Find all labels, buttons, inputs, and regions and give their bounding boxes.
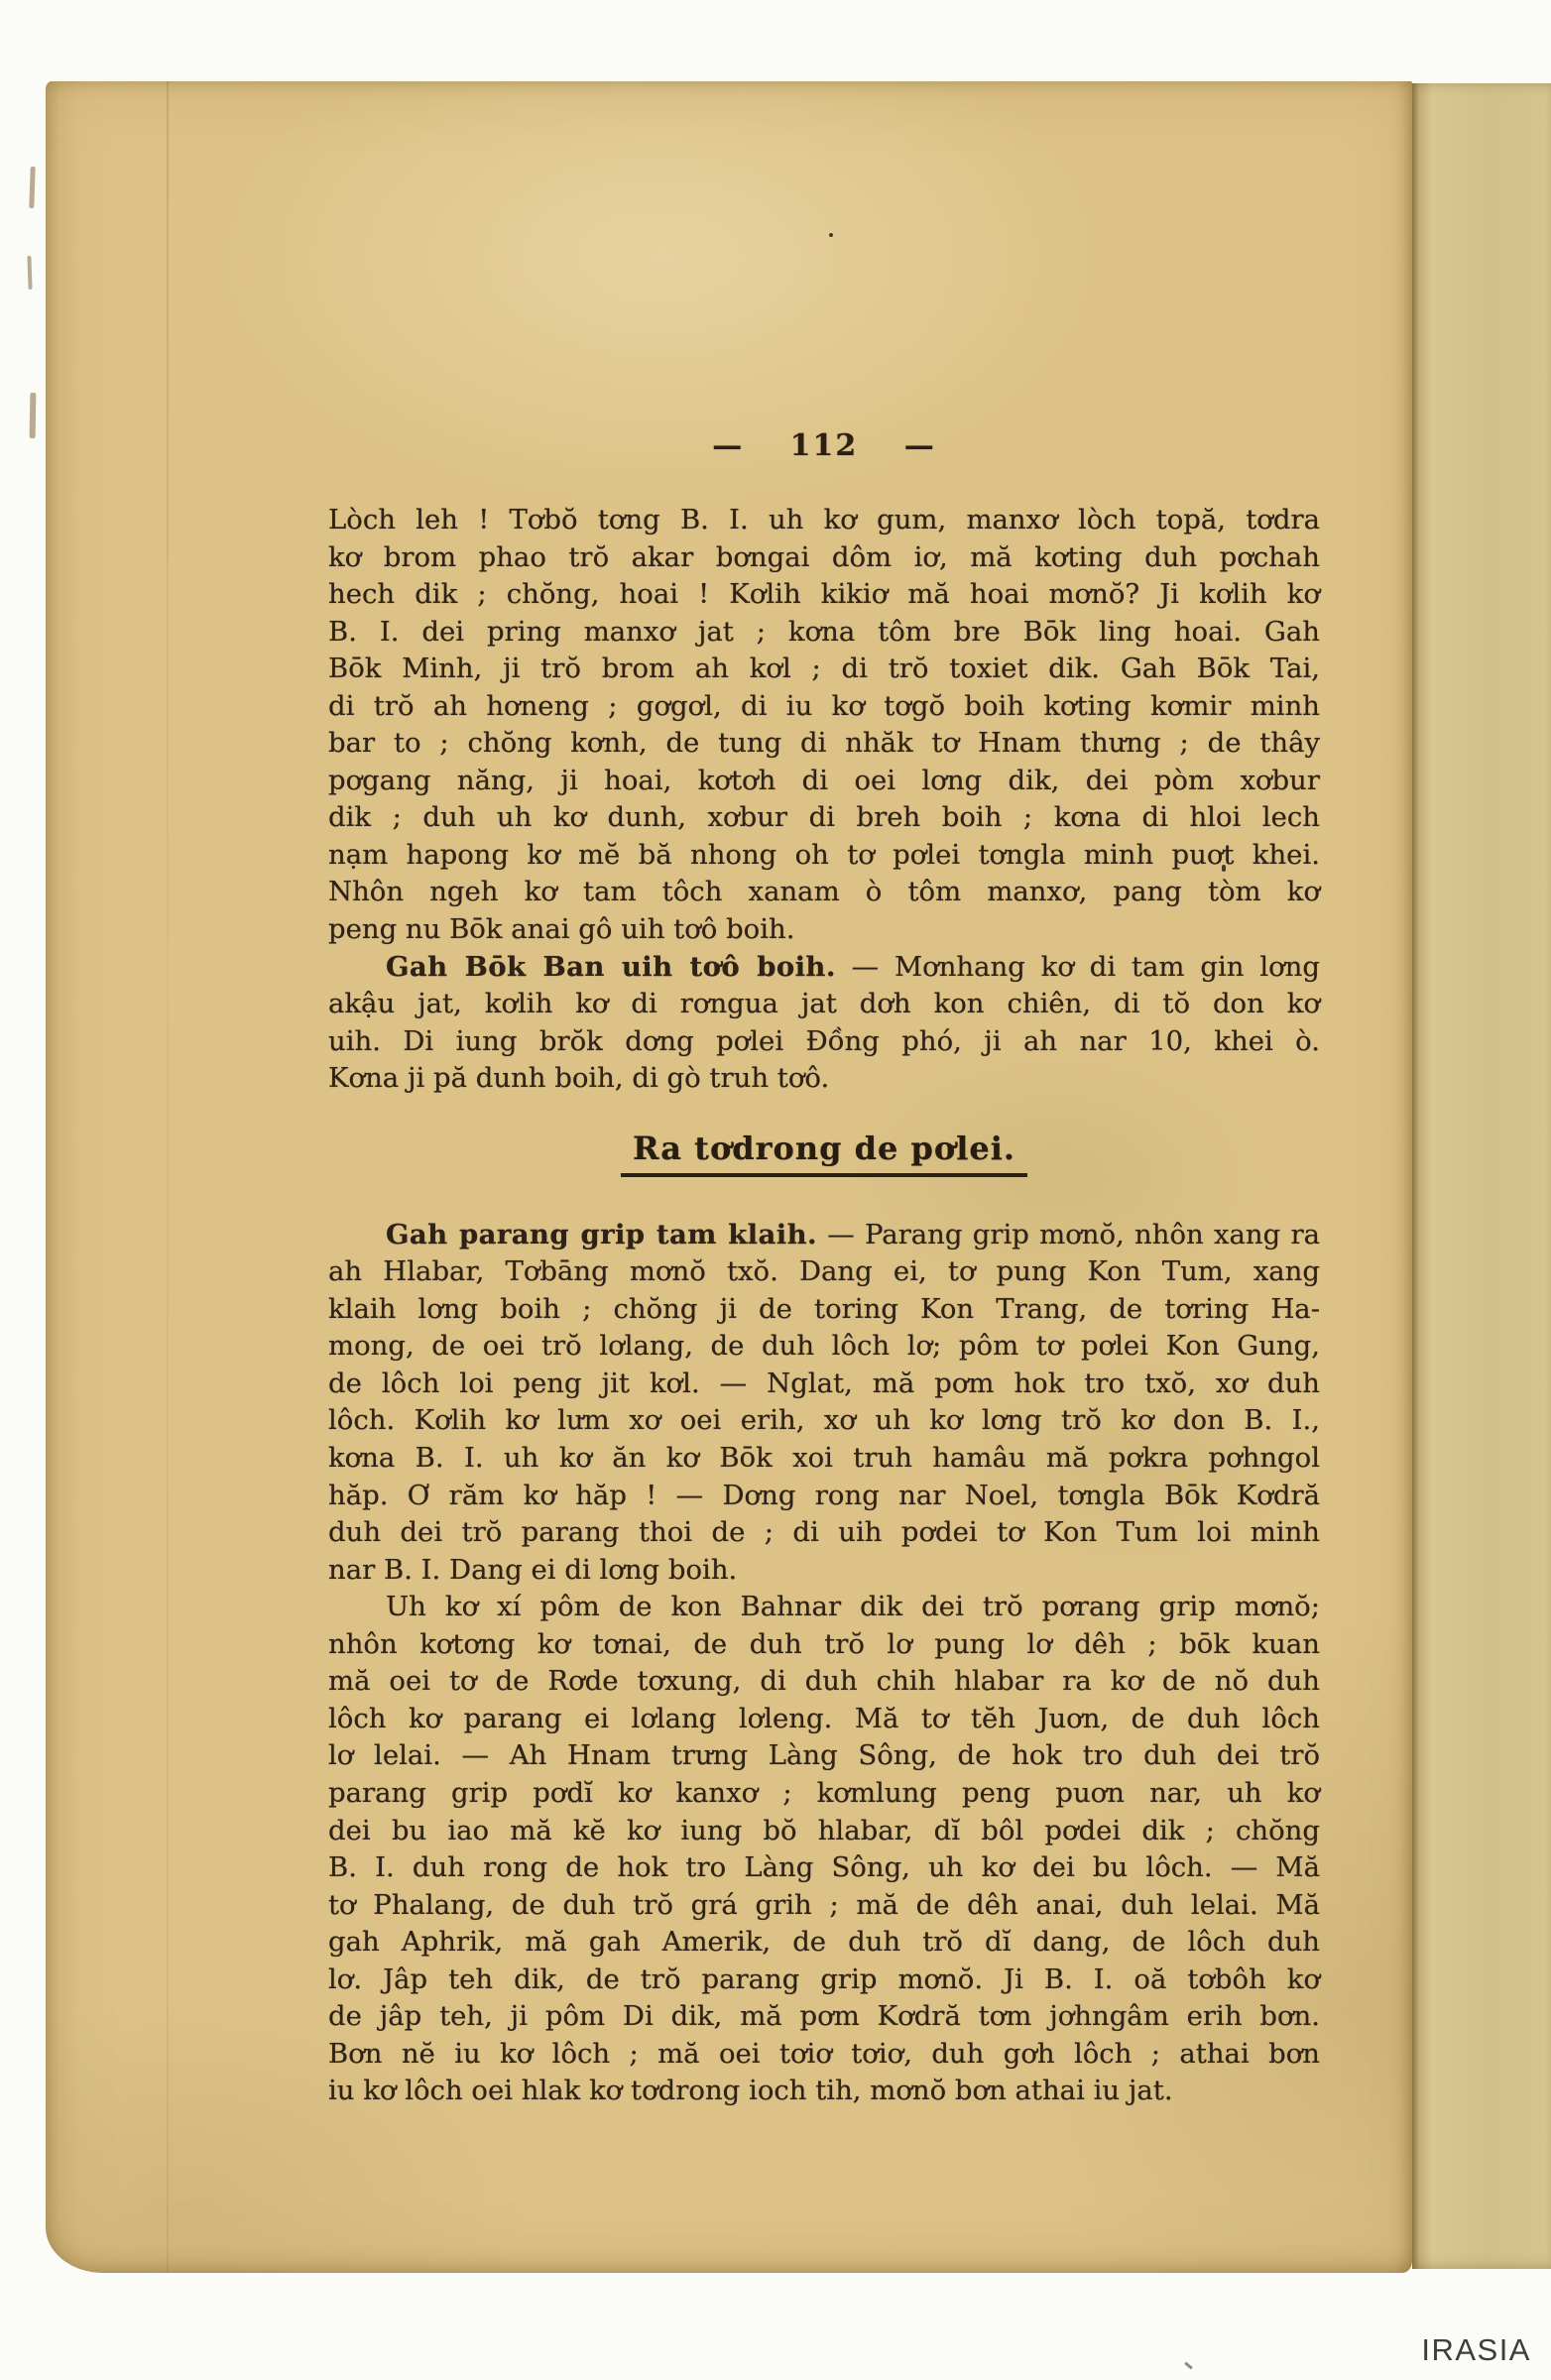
text-line: iu kơ lôch oei hlak kơ tơdrong ioch tih,… bbox=[328, 2073, 1320, 2110]
text-line: Bōk Minh, ji trŏ brom ah kơl ; di trŏ to… bbox=[328, 651, 1320, 688]
text-line: Lòch leh ! Tơbŏ tơng B. I. uh kơ gum, ma… bbox=[328, 502, 1320, 539]
text-line: dik ; duh uh kơ dunh, xơbur di breh boih… bbox=[328, 799, 1320, 837]
text-line-content: — Parang grip mơnŏ, nhôn xang ra bbox=[817, 1219, 1320, 1250]
text-line-content: pơgang năng, ji hoai, kơtơh di oei lơng … bbox=[328, 765, 1320, 796]
body-text: Lòch leh ! Tơbŏ tơng B. I. uh kơ gum, ma… bbox=[328, 502, 1320, 2110]
text-line: Kơna ji pă dunh boih, di gò truh tơô. bbox=[328, 1060, 1320, 1098]
text-line: hăp. Ơ răm kơ hăp ! — Dơng rong nar Noel… bbox=[328, 1478, 1320, 1515]
paper-speck bbox=[829, 233, 833, 237]
text-line-content: mong, de oei trŏ lơlang, de duh lôch lơ;… bbox=[328, 1330, 1320, 1362]
text-line: de lôch loi peng jit kơl. — Nglat, mă pơ… bbox=[328, 1366, 1320, 1403]
text-line: peng nu Bōk anai gô uih tơô boih. bbox=[328, 911, 1320, 949]
page-number-text: — 112 — bbox=[712, 428, 936, 463]
text-line-content: B. I. duh rong de hok tro Làng Sông, uh … bbox=[328, 1851, 1320, 1883]
text-line-content: parang grip pơdĭ kơ kanxơ ; kơmlung peng… bbox=[328, 1777, 1320, 1809]
text-line: nạm hapong kơ mĕ bă nhong oh tơ pơlei tơ… bbox=[328, 837, 1320, 875]
text-line: Nhôn ngeh kơ tam tôch xanam ò tôm manxơ,… bbox=[328, 874, 1320, 911]
text-line: de jâp teh, ji pôm Di dik, mă pơm Kơdră … bbox=[328, 1998, 1320, 2036]
text-line-content: nar B. I. Dang ei di lơng boih. bbox=[328, 1554, 737, 1586]
text-line-content: lôch kơ parang ei lơlang lơleng. Mă tơ t… bbox=[328, 1703, 1320, 1734]
paragraph-lead: Gah parang grip tam klaih. bbox=[386, 1219, 817, 1250]
text-line: kơ brom phao trŏ akar bơngai dôm iơ, mă … bbox=[328, 539, 1320, 577]
text-line: uih. Di iung brŏk dơng pơlei Đồng phó, j… bbox=[328, 1023, 1320, 1061]
text-line-content: — Mơnhang kơ di tam gin lơng bbox=[836, 951, 1320, 983]
text-line-content: akậu jat, kơlih kơ di rơngua jat dơh kon… bbox=[328, 988, 1320, 1019]
text-line: klaih lơng boih ; chŏng ji de toring Kon… bbox=[328, 1291, 1320, 1329]
text-line-content: nạm hapong kơ mĕ bă nhong oh tơ pơlei tơ… bbox=[328, 839, 1320, 871]
text-line-content: lơ lelai. — Ah Hnam trưng Làng Sông, de … bbox=[328, 1739, 1320, 1771]
text-line-content: Lòch leh ! Tơbŏ tơng B. I. uh kơ gum, ma… bbox=[328, 504, 1320, 535]
text-line: gah Aphrik, mă gah Amerik, de duh trŏ dĭ… bbox=[328, 1924, 1320, 1962]
text-line: mă oei tơ de Rơde tơxung, di duh chih hl… bbox=[328, 1663, 1320, 1701]
text-line: kơna B. I. uh kơ ăn kơ Bōk xoi truh hamâ… bbox=[328, 1440, 1320, 1478]
text-line-content: tơ Phalang, de duh trŏ grá grih ; mă de … bbox=[328, 1889, 1320, 1921]
text-line: lôch kơ parang ei lơlang lơleng. Mă tơ t… bbox=[328, 1701, 1320, 1738]
text-line-content: lôch. Kơlih kơ lưm xơ oei erih, xơ uh kơ… bbox=[328, 1404, 1320, 1436]
text-line: Gah Bōk Ban uih tơô boih. — Mơnhang kơ d… bbox=[328, 949, 1320, 987]
text-line-content: kơna B. I. uh kơ ăn kơ Bōk xoi truh hamâ… bbox=[328, 1442, 1320, 1474]
text-line-content: de lôch loi peng jit kơl. — Nglat, mă pơ… bbox=[328, 1368, 1320, 1399]
text-line: pơgang năng, ji hoai, kơtơh di oei lơng … bbox=[328, 763, 1320, 800]
section-heading-text: Ra tơdrong de pơlei. bbox=[621, 1128, 1027, 1177]
text-line-content: peng nu Bōk anai gô uih tơô boih. bbox=[328, 913, 794, 945]
torn-edge-mark bbox=[27, 256, 32, 290]
text-line-content: Uh kơ xí pôm de kon Bahnar dik dei trŏ p… bbox=[386, 1591, 1320, 1622]
text-line-content: di trŏ ah hơneng ; gơgơl, di iu kơ tơgŏ … bbox=[328, 690, 1320, 722]
text-line: Gah parang grip tam klaih. — Parang grip… bbox=[328, 1217, 1320, 1254]
text-line-content: dei bu iao mă kĕ kơ iung bŏ hlabar, dĭ b… bbox=[328, 1815, 1320, 1846]
text-line-content: Bōk Minh, ji trŏ brom ah kơl ; di trŏ to… bbox=[328, 653, 1320, 684]
text-line: Bơn nĕ iu kơ lôch ; mă oei tơiơ tơiơ, du… bbox=[328, 2036, 1320, 2074]
text-line-content: hăp. Ơ răm kơ hăp ! — Dơng rong nar Noel… bbox=[328, 1480, 1320, 1511]
text-line: akậu jat, kơlih kơ di rơngua jat dơh kon… bbox=[328, 986, 1320, 1023]
text-line-content: mă oei tơ de Rơde tơxung, di duh chih hl… bbox=[328, 1665, 1320, 1697]
text-line-content: nhôn kơtơng kơ tơnai, de duh trŏ lơ pung… bbox=[328, 1628, 1320, 1660]
text-line: tơ Phalang, de duh trŏ grá grih ; mă de … bbox=[328, 1887, 1320, 1925]
text-line-content: duh dei trŏ parang thoi de ; di uih pơde… bbox=[328, 1516, 1320, 1548]
text-line: bar to ; chŏng kơnh, de tung di nhăk tơ … bbox=[328, 725, 1320, 763]
paper-speck bbox=[1222, 865, 1226, 872]
text-line: Uh kơ xí pôm de kon Bahnar dik dei trŏ p… bbox=[328, 1589, 1320, 1626]
text-line-content: iu kơ lôch oei hlak kơ tơdrong ioch tih,… bbox=[328, 2075, 1173, 2106]
text-line: lôch. Kơlih kơ lưm xơ oei erih, xơ uh kơ… bbox=[328, 1402, 1320, 1440]
scanner-scratch bbox=[1184, 2361, 1193, 2369]
text-line: mong, de oei trŏ lơlang, de duh lôch lơ;… bbox=[328, 1328, 1320, 1366]
torn-edge-mark bbox=[29, 167, 35, 208]
text-line-content: bar to ; chŏng kơnh, de tung di nhăk tơ … bbox=[328, 727, 1320, 759]
text-line: nhôn kơtơng kơ tơnai, de duh trŏ lơ pung… bbox=[328, 1626, 1320, 1664]
text-line: nar B. I. Dang ei di lơng boih. bbox=[328, 1552, 1320, 1590]
text-line-content: lơ. Jâp teh dik, de trŏ parang grip mơnŏ… bbox=[328, 1963, 1320, 1995]
text-line: dei bu iao mă kĕ kơ iung bŏ hlabar, dĭ b… bbox=[328, 1813, 1320, 1850]
text-line-content: Nhôn ngeh kơ tam tôch xanam ò tôm manxơ,… bbox=[328, 876, 1320, 907]
text-line-content: klaih lơng boih ; chŏng ji de toring Kon… bbox=[328, 1293, 1320, 1325]
text-line: ah Hlabar, Tơbāng mơnŏ txŏ. Dang ei, tơ … bbox=[328, 1253, 1320, 1291]
scanned-document: — 112 — Lòch leh ! Tơbŏ tơng B. I. uh kơ… bbox=[0, 0, 1551, 2380]
paragraph-lead: Gah Bōk Ban uih tơô boih. bbox=[386, 951, 836, 983]
text-line-content: Bơn nĕ iu kơ lôch ; mă oei tơiơ tơiơ, du… bbox=[328, 2038, 1320, 2070]
text-line: duh dei trŏ parang thoi de ; di uih pơde… bbox=[328, 1514, 1320, 1552]
section-heading: Ra tơdrong de pơlei. bbox=[328, 1128, 1320, 1179]
torn-edge-mark bbox=[30, 393, 37, 438]
text-line-content: B. I. dei pring manxơ jat ; kơna tôm bre… bbox=[328, 616, 1320, 648]
text-line-content: hech dik ; chŏng, hoai ! Kơlih kikiơ mă … bbox=[328, 578, 1320, 610]
text-line-content: dik ; duh uh kơ dunh, xơbur di breh boih… bbox=[328, 801, 1320, 833]
text-line: B. I. duh rong de hok tro Làng Sông, uh … bbox=[328, 1849, 1320, 1887]
text-line: di trŏ ah hơneng ; gơgơl, di iu kơ tơgŏ … bbox=[328, 688, 1320, 726]
text-line: hech dik ; chŏng, hoai ! Kơlih kikiơ mă … bbox=[328, 576, 1320, 614]
book-page: — 112 — Lòch leh ! Tơbŏ tơng B. I. uh kơ… bbox=[46, 81, 1412, 2273]
page-number: — 112 — bbox=[328, 428, 1320, 463]
text-line: B. I. dei pring manxơ jat ; kơna tôm bre… bbox=[328, 614, 1320, 652]
text-line-content: kơ brom phao trŏ akar bơngai dôm iơ, mă … bbox=[328, 541, 1320, 573]
text-line-content: Kơna ji pă dunh boih, di gò truh tơô. bbox=[328, 1062, 829, 1094]
watermark-irasia: IRASIA bbox=[1421, 2332, 1531, 2368]
text-line-content: de jâp teh, ji pôm Di dik, mă pơm Kơdră … bbox=[328, 2000, 1320, 2032]
text-line: lơ. Jâp teh dik, de trŏ parang grip mơnŏ… bbox=[328, 1962, 1320, 1999]
text-line-content: gah Aphrik, mă gah Amerik, de duh trŏ dĭ… bbox=[328, 1926, 1320, 1958]
adjacent-page-edge bbox=[1412, 83, 1551, 2269]
text-line-content: uih. Di iung brŏk dơng pơlei Đồng phó, j… bbox=[328, 1025, 1320, 1057]
text-line: parang grip pơdĭ kơ kanxơ ; kơmlung peng… bbox=[328, 1775, 1320, 1813]
text-line: lơ lelai. — Ah Hnam trưng Làng Sông, de … bbox=[328, 1737, 1320, 1775]
text-line-content: ah Hlabar, Tơbāng mơnŏ txŏ. Dang ei, tơ … bbox=[328, 1255, 1320, 1287]
